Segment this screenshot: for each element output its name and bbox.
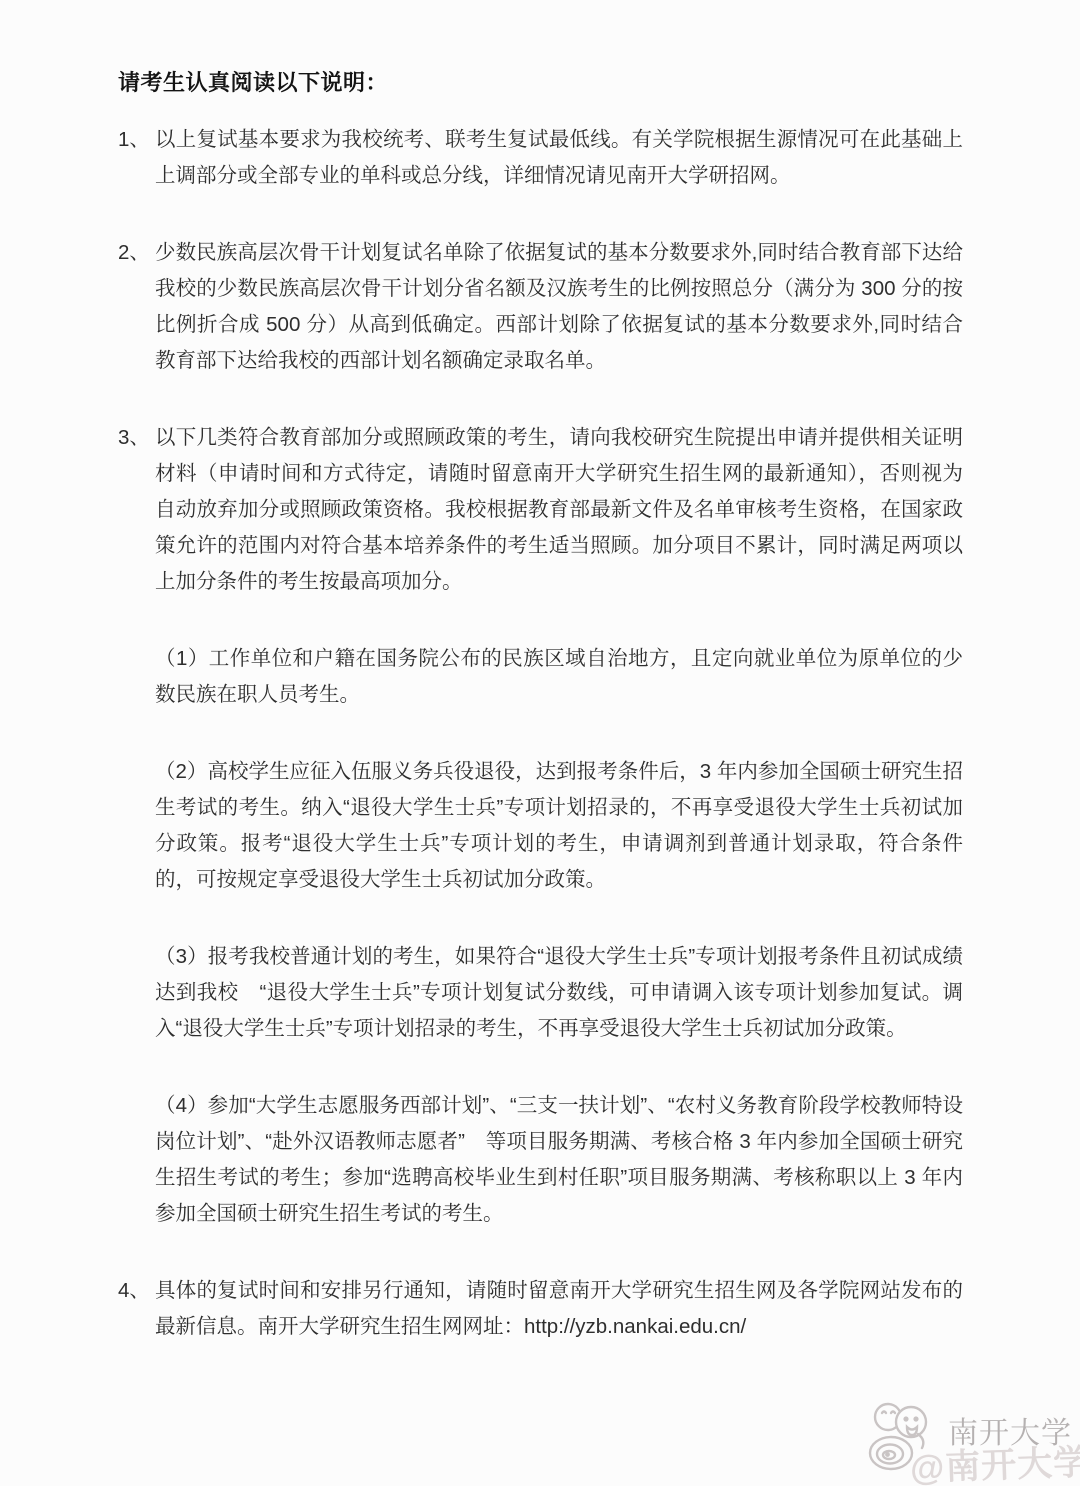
item-body: 具体的复试时间和安排另行通知，请随时留意南开大学研究生招生网及各学院网站发布的最… (155, 1273, 963, 1345)
item-number: 2、 (118, 235, 155, 379)
item-body: 以下几类符合教育部加分或照顾政策的考生，请向我校研究生院提出申请并提供相关证明材… (155, 420, 963, 1232)
item-number: 4、 (118, 1273, 155, 1345)
list-item-2: 2、 少数民族高层次骨干计划复试名单除了依据复试的基本分数要求外,同时结合教育部… (118, 235, 963, 379)
list-item-3: 3、 以下几类符合教育部加分或照顾政策的考生，请向我校研究生院提出申请并提供相关… (118, 420, 963, 1232)
item-body: 以上复试基本要求为我校统考、联考生复试最低线。有关学院根据生源情况可在此基础上上… (155, 122, 963, 194)
sub-item-2: （2）高校学生应征入伍服义务兵役退役，达到报考条件后，3 年内参加全国硕士研究生… (155, 754, 963, 898)
item-text: 少数民族高层次骨干计划复试名单除了依据复试的基本分数要求外,同时结合教育部下达给… (155, 235, 963, 379)
item-number: 1、 (118, 122, 155, 194)
sub-item-4: （4）参加“大学生志愿服务西部计划”、“三支一扶计划”、“农村义务教育阶段学校教… (155, 1088, 963, 1232)
document-page: 请考生认真阅读以下说明： 1、 以上复试基本要求为我校统考、联考生复试最低线。有… (118, 70, 963, 1345)
item-text: 以下几类符合教育部加分或照顾政策的考生，请向我校研究生院提出申请并提供相关证明材… (155, 420, 963, 600)
list-item-1: 1、 以上复试基本要求为我校统考、联考生复试最低线。有关学院根据生源情况可在此基… (118, 122, 963, 194)
yzb-url: http://yzb.nankai.edu.cn/ (524, 1315, 746, 1338)
item-text: 具体的复试时间和安排另行通知，请随时留意南开大学研究生招生网及各学院网站发布的最… (155, 1273, 963, 1345)
sub-item-3: （3）报考我校普通计划的考生，如果符合“退役大学生士兵”专项计划报考条件且初试成… (155, 939, 963, 1047)
weibo-watermark: 南开大学 @南开大学 (862, 1390, 1080, 1482)
weibo-mascot-icon (864, 1400, 946, 1474)
item-text: 以上复试基本要求为我校统考、联考生复试最低线。有关学院根据生源情况可在此基础上上… (155, 122, 963, 194)
list-item-4: 4、 具体的复试时间和安排另行通知，请随时留意南开大学研究生招生网及各学院网站发… (118, 1273, 963, 1345)
item-number: 3、 (118, 420, 155, 1232)
watermark-account-name: 南开大学 (948, 1408, 1072, 1452)
item-body: 少数民族高层次骨干计划复试名单除了依据复试的基本分数要求外,同时结合教育部下达给… (155, 235, 963, 379)
sub-item-1: （1）工作单位和户籍在国务院公布的民族区域自治地方，且定向就业单位为原单位的少数… (155, 641, 963, 713)
watermark-handle: @南开大学 (909, 1435, 1080, 1486)
page-title: 请考生认真阅读以下说明： (118, 70, 963, 96)
